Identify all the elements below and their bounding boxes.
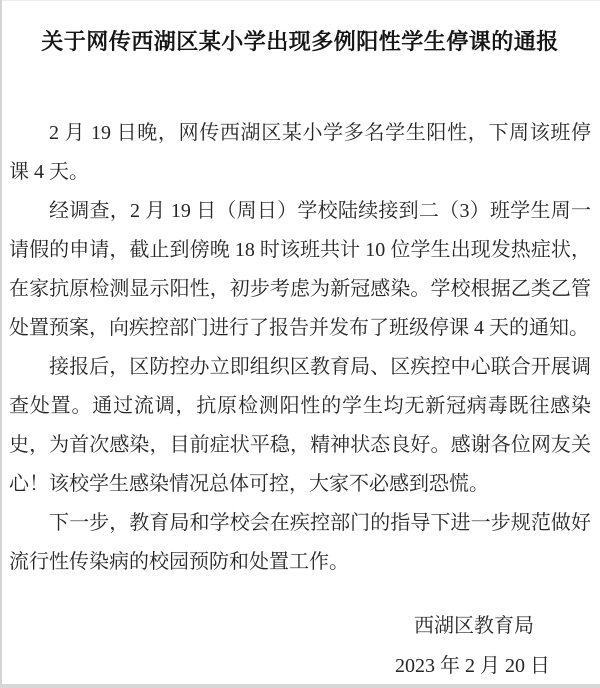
notice-paragraph-3: 接报后，区防控办立即组织区教育局、区疾控中心联合开展调查处置。通过流调，抗原检测… bbox=[9, 348, 591, 504]
notice-paragraph-1: 2 月 19 日晚，网传西湖区某小学多名学生阳性，下周该班停课 4 天。 bbox=[9, 114, 591, 192]
notice-closing: 西湖区教育局 2023 年 2 月 20 日 bbox=[0, 606, 600, 686]
notice-paragraph-4: 下一步，教育局和学校会在疾控部门的指导下进一步规范做好流行性传染病的校园预防和处… bbox=[9, 504, 591, 582]
notice-title: 关于网传西湖区某小学出现多例阳性学生停课的通报 bbox=[0, 0, 600, 57]
bottom-edge-line bbox=[0, 684, 600, 688]
top-edge-line bbox=[0, 0, 600, 1]
notice-body: 2 月 19 日晚，网传西湖区某小学多名学生阳性，下周该班停课 4 天。 经调查… bbox=[0, 114, 600, 582]
notice-document: 关于网传西湖区某小学出现多例阳性学生停课的通报 2 月 19 日晚，网传西湖区某… bbox=[0, 0, 600, 688]
signature-date: 2023 年 2 月 20 日 bbox=[0, 646, 600, 686]
signature-issuer: 西湖区教育局 bbox=[0, 606, 600, 646]
notice-paragraph-2: 经调查，2 月 19 日（周日）学校陆续接到二（3）班学生周一请假的申请，截止到… bbox=[9, 192, 591, 348]
left-edge-line bbox=[0, 0, 2, 688]
